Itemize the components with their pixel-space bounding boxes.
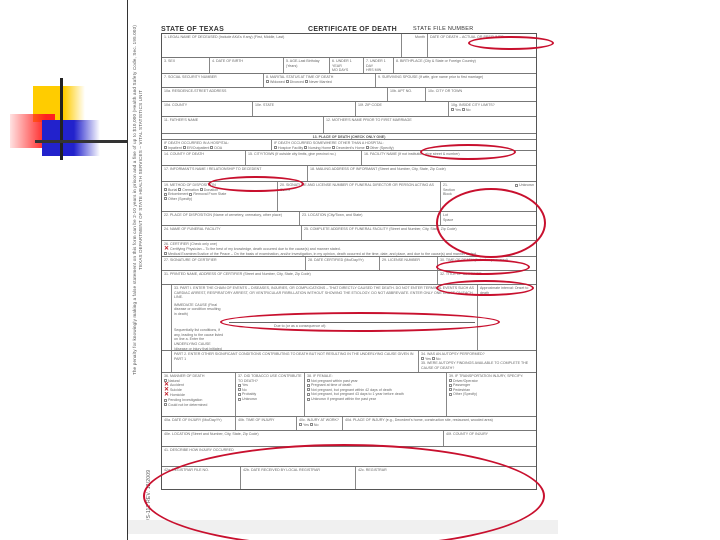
field-inside-city-limits[interactable]: 10g. INSIDE CITY LIMITS?Yes No bbox=[449, 102, 536, 116]
spacer bbox=[162, 351, 172, 372]
field-facility-name[interactable]: 16. FACILITY NAME (If not institution, g… bbox=[362, 151, 536, 165]
field-tobacco-use[interactable]: 37. DID TOBACCO USE CONTRIBUTE TO DEATH?… bbox=[236, 373, 305, 416]
field-under-1-year[interactable]: 6. UNDER 1 YEARMO DAYS bbox=[330, 58, 364, 73]
field-date-certified[interactable]: 28. DATE CERTIFIED (Mo/Day/Yr) bbox=[306, 257, 380, 270]
field-disposition-location[interactable]: 23. LOCATION (City/Town, and State) bbox=[300, 212, 441, 225]
form-number: VS-112 REV. 12/2009 bbox=[146, 470, 152, 522]
field-nonhospital-death[interactable]: IF DEATH OCCURRED SOMEWHERE OTHER THAN A… bbox=[272, 140, 536, 150]
row-injury-location: 40e. LOCATION (Street and Number, City, … bbox=[162, 431, 536, 447]
field-time-of-injury[interactable]: 40b. TIME OF INJURY bbox=[236, 417, 297, 430]
field-funeral-facility-name[interactable]: 24. NAME OF FUNERAL FACILITY bbox=[162, 226, 302, 240]
row-disposition: 19. METHOD OF DISPOSITION Burial Cremati… bbox=[162, 182, 536, 212]
field-county[interactable]: 10d. COUNTY bbox=[162, 102, 253, 116]
field-city-town[interactable]: 15. CITY/TOWN (If outside city limits, g… bbox=[246, 151, 362, 165]
field-cemetery-plot[interactable]: 21. Unknown SectionBlock bbox=[441, 182, 536, 211]
field-manner-of-death[interactable]: 36. MANNER OF DEATH Natural ✕Accident ✕S… bbox=[162, 373, 236, 416]
field-interval-onset[interactable]: Approximate interval: Onset to death bbox=[478, 285, 536, 350]
side-warning-text: The penalty for knowingly making a false… bbox=[132, 25, 137, 375]
field-birthplace[interactable]: 8. BIRTHPLACE (City & State or Foreign C… bbox=[394, 58, 536, 73]
place-of-death-heading: 13. PLACE OF DEATH (CHECK ONLY ONE) bbox=[162, 134, 536, 139]
field-registrar-file-no[interactable]: 42a. REGISTRAR FILE NO. bbox=[162, 467, 241, 489]
row-certifier-address: 31. PRINTED NAME, ADDRESS OF CERTIFIER (… bbox=[162, 271, 536, 285]
field-if-female[interactable]: 38. IF FEMALE: Not pregnant within past … bbox=[305, 373, 447, 416]
certificate-title: CERTIFICATE OF DEATH bbox=[308, 26, 397, 33]
row-county-state: 10d. COUNTY 10e. STATE 10f. ZIP CODE 10g… bbox=[162, 102, 536, 117]
field-date-of-death[interactable]: DATE OF DEATH – ACTUAL OR PRESUMED bbox=[428, 34, 536, 57]
field-age[interactable]: 5. AGE-Last Birthday (Years) bbox=[284, 58, 330, 73]
field-certifier-address[interactable]: 31. PRINTED NAME, ADDRESS OF CERTIFIER (… bbox=[162, 271, 438, 284]
row-residence: 10a. RESIDENCE-STREET ADDRESS 10b. APT N… bbox=[162, 88, 536, 102]
field-how-injury-occurred[interactable]: 41. DESCRIBE HOW INJURY OCCURRED bbox=[162, 447, 536, 466]
field-certifier-title[interactable]: 32. TITLE OF CERTIFIER bbox=[438, 271, 536, 284]
field-injury-at-work[interactable]: 40c. INJURY AT WORK?Yes No bbox=[297, 417, 343, 430]
field-mothers-name[interactable]: 12. MOTHER'S NAME PRIOR TO FIRST MARRIAG… bbox=[324, 117, 536, 133]
field-license-number[interactable]: 29. LICENSE NUMBER bbox=[380, 257, 438, 270]
row-part-2: PART 2. ENTER OTHER SIGNIFICANT CONDITIO… bbox=[162, 351, 536, 373]
field-injury-location[interactable]: 40e. LOCATION (Street and Number, City, … bbox=[162, 431, 444, 446]
field-place-of-disposition[interactable]: 22. PLACE OF DISPOSITION (Name of cemete… bbox=[162, 212, 300, 225]
field-autopsy[interactable]: 34. WAS AN AUTOPSY PERFORMED?Yes No 35. … bbox=[419, 351, 536, 372]
field-under-1-day[interactable]: 7. UNDER 1 DAYHRS MIN bbox=[364, 58, 394, 73]
field-surviving-spouse[interactable]: 9. SURVIVING SPOUSE (If wife, give name … bbox=[376, 74, 536, 87]
field-informant-address[interactable]: 18. MAILING ADDRESS OF INFORMANT (Street… bbox=[308, 166, 536, 181]
row-decedent-name: 1. LEGAL NAME OF DECEASED (Include AKA's… bbox=[162, 34, 536, 58]
row-certifier: 26. CERTIFIER (Check only one) ✕Certifyi… bbox=[162, 241, 536, 257]
field-funeral-director-signature[interactable]: 20. SIGNATURE AND LICENSE NUMBER OF FUNE… bbox=[278, 182, 441, 211]
side-department-label: TEXAS DEPARTMENT OF STATE HEALTH SERVICE… bbox=[138, 90, 143, 270]
row-registrar: 42a. REGISTRAR FILE NO. 42b. DATE RECEIV… bbox=[162, 467, 536, 489]
field-informant-name[interactable]: 17. INFORMANT'S NAME / RELATIONSHIP TO D… bbox=[162, 166, 308, 181]
row-demographics: 3. SEX 4. DATE OF BIRTH 5. AGE-Last Birt… bbox=[162, 58, 536, 74]
field-date-of-injury[interactable]: 40a. DATE OF INJURY (Mo/Day/Yr) bbox=[162, 417, 236, 430]
state-file-number-label: STATE FILE NUMBER bbox=[413, 26, 474, 32]
row-informant: 17. INFORMANT'S NAME / RELATIONSHIP TO D… bbox=[162, 166, 536, 182]
field-ssn[interactable]: 7. SOCIAL SECURITY NUMBER bbox=[162, 74, 264, 87]
row-funeral-facility: 24. NAME OF FUNERAL FACILITY 25. COMPLET… bbox=[162, 226, 536, 241]
row-cause-of-death: 33. PART I. ENTER THE CHAIN OF EVENTS – … bbox=[162, 285, 536, 351]
field-street-address[interactable]: 10a. RESIDENCE-STREET ADDRESS bbox=[162, 88, 388, 101]
field-date-received[interactable]: 42b. DATE RECEIVED BY LOCAL REGISTRAR bbox=[241, 467, 356, 489]
row-place-of-death-options: IF DEATH OCCURRED IN A HOSPITAL: Inpatie… bbox=[162, 140, 536, 151]
death-certificate-document: TEXAS DEPARTMENT OF STATE HEALTH SERVICE… bbox=[128, 20, 558, 528]
field-marital-status[interactable]: 8. MARITAL STATUS AT TIME OF DEATH Widow… bbox=[264, 74, 376, 87]
field-place-of-injury[interactable]: 40d. PLACE OF INJURY (e.g., Decedent's h… bbox=[343, 417, 536, 430]
page-shadow bbox=[128, 520, 558, 534]
field-funeral-facility-address[interactable]: 25. COMPLETE ADDRESS OF FUNERAL FACILITY… bbox=[302, 226, 536, 240]
field-registrar[interactable]: 42c. REGISTRAR bbox=[356, 467, 536, 489]
field-sex[interactable]: 3. SEX bbox=[162, 58, 210, 73]
field-city[interactable]: 10c. CITY OR TOWN bbox=[426, 88, 536, 101]
certificate-form: 1. LEGAL NAME OF DECEASED (Include AKA's… bbox=[161, 33, 537, 490]
state-heading: STATE OF TEXAS bbox=[161, 26, 224, 33]
field-legal-name[interactable]: 1. LEGAL NAME OF DECEASED (Include AKA's… bbox=[162, 34, 402, 57]
decorative-logo-icon bbox=[0, 0, 130, 200]
row-ssn-marital: 7. SOCIAL SECURITY NUMBER 8. MARITAL STA… bbox=[162, 74, 536, 88]
cause-of-death-side-label bbox=[162, 285, 172, 350]
field-date-of-birth[interactable]: 4. DATE OF BIRTH bbox=[210, 58, 284, 73]
field-transportation-injury[interactable]: 39. IF TRANSPORTATION INJURY, SPECIFY: D… bbox=[447, 373, 536, 416]
field-cemetery-plot-cont[interactable]: LotSpace bbox=[441, 212, 536, 225]
field-time-of-death[interactable]: 30. TIME OF DEATH (Actual or presumed) bbox=[438, 257, 536, 270]
field-method-of-disposition[interactable]: 19. METHOD OF DISPOSITION Burial Cremati… bbox=[162, 182, 278, 211]
row-manner-of-death: 36. MANNER OF DEATH Natural ✕Accident ✕S… bbox=[162, 373, 536, 417]
row-county-facility: 14. COUNTY OF DEATH 15. CITY/TOWN (If ou… bbox=[162, 151, 536, 166]
row-injury-description: 41. DESCRIBE HOW INJURY OCCURRED bbox=[162, 447, 536, 467]
field-month[interactable]: Month bbox=[402, 34, 428, 57]
field-state[interactable]: 10e. STATE bbox=[253, 102, 356, 116]
field-certifier-type[interactable]: 26. CERTIFIER (Check only one) ✕Certifyi… bbox=[162, 241, 536, 256]
field-county-of-injury[interactable]: 40f. COUNTY OF INJURY bbox=[444, 431, 536, 446]
field-cause-part-1[interactable]: 33. PART I. ENTER THE CHAIN OF EVENTS – … bbox=[172, 285, 478, 350]
row-place-of-disposition: 22. PLACE OF DISPOSITION (Name of cemete… bbox=[162, 212, 536, 226]
row-certifier-signature: 27. SIGNATURE OF CERTIFIER 28. DATE CERT… bbox=[162, 257, 536, 271]
field-fathers-name[interactable]: 11. FATHER'S NAME bbox=[162, 117, 324, 133]
row-parents: 11. FATHER'S NAME 12. MOTHER'S NAME PRIO… bbox=[162, 117, 536, 134]
field-county-of-death[interactable]: 14. COUNTY OF DEATH bbox=[162, 151, 246, 165]
field-zip[interactable]: 10f. ZIP CODE bbox=[356, 102, 449, 116]
field-apt-no[interactable]: 10b. APT NO. bbox=[388, 88, 426, 101]
field-certifier-signature[interactable]: 27. SIGNATURE OF CERTIFIER bbox=[162, 257, 306, 270]
row-injury-date: 40a. DATE OF INJURY (Mo/Day/Yr) 40b. TIM… bbox=[162, 417, 536, 431]
field-hospital-death[interactable]: IF DEATH OCCURRED IN A HOSPITAL: Inpatie… bbox=[162, 140, 272, 150]
field-part-2-conditions[interactable]: PART 2. ENTER OTHER SIGNIFICANT CONDITIO… bbox=[172, 351, 419, 372]
slide: TEXAS DEPARTMENT OF STATE HEALTH SERVICE… bbox=[0, 0, 720, 540]
